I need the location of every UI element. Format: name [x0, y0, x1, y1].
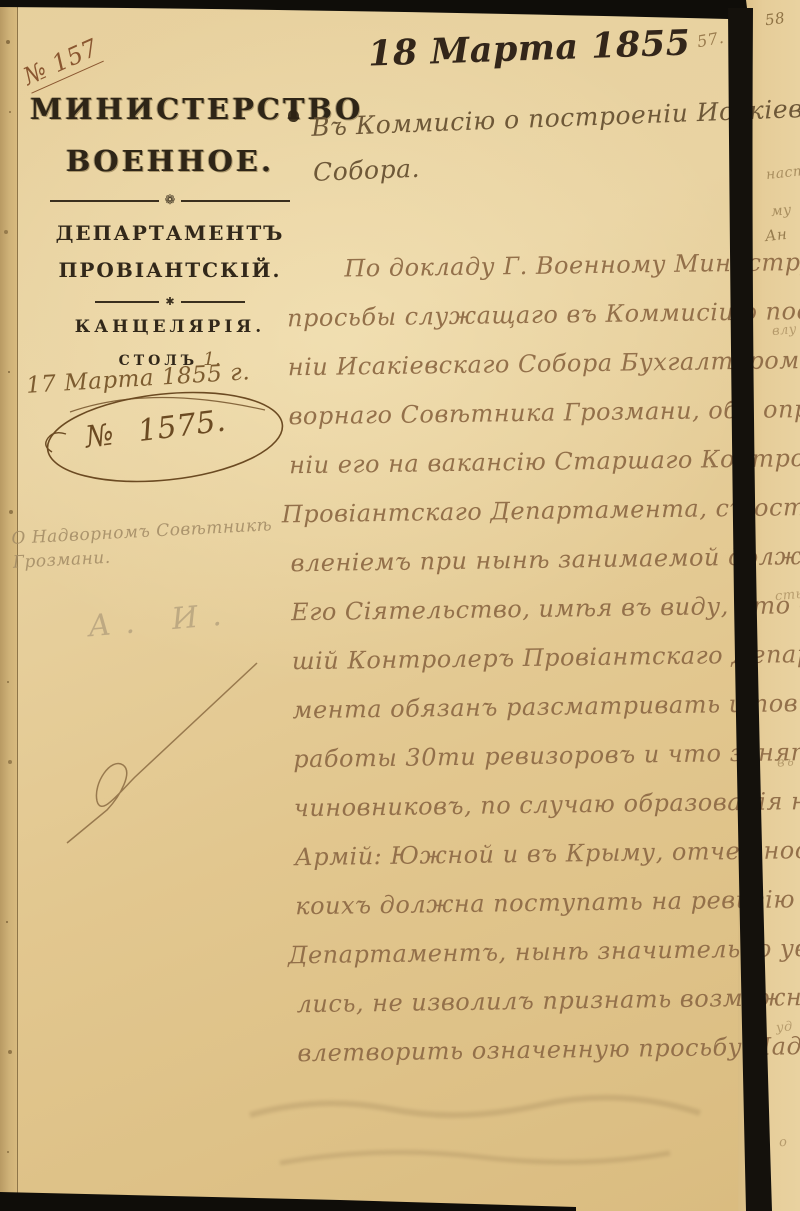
binding-strip [728, 8, 772, 1211]
archival-document-photo: № 157 18 Марта 1855 57. 58 МИНИСТЕРСТВО … [0, 0, 800, 1211]
edge-fragment: сть [774, 587, 800, 604]
edge-fragment: му [770, 202, 792, 220]
edge-fragment: влу [771, 322, 797, 339]
edge-fragment: уд [775, 1019, 793, 1035]
top-black-bar [0, 0, 749, 24]
photo-frame [0, 0, 800, 1211]
edge-fragment: Ан [764, 225, 788, 245]
edge-fragment: о [778, 1135, 788, 1151]
edge-fragment: наст [765, 163, 800, 183]
edge-fragment: въ [776, 754, 794, 770]
bottom-black-strip [0, 1192, 576, 1211]
